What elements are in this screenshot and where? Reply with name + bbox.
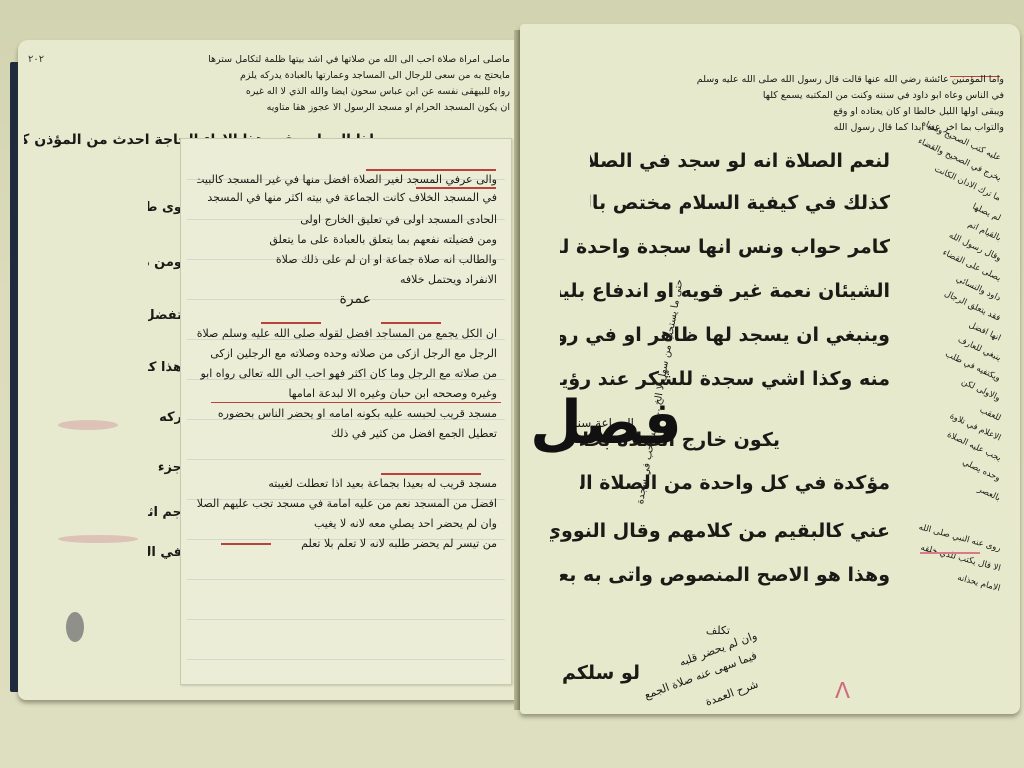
main-line-9: عني كالبقيم من كلامهم وقال النووي في الر…: [550, 520, 890, 542]
rubric-overline: [381, 322, 441, 324]
edge-word: جزء: [148, 460, 182, 475]
slip-line-12: مسجد قريب لحبسه عليه بكونه امامه او يحضر…: [197, 407, 497, 420]
left-top-line-4: ان يكون المسجد الحرام او مسجد الرسول الا…: [40, 102, 510, 113]
left-top-line-1: ماصلى امراة صلاة احب الى الله من صلاتها …: [40, 54, 510, 65]
edge-word: تفضل: [148, 308, 182, 323]
rubric-overline: [416, 187, 496, 189]
right-top-line-1: واما المؤمنين عائشة رضي الله عنها قالت ق…: [554, 74, 1004, 85]
main-line-8: مؤكدة في كل واحدة من الصلاة الخمس فلو تر…: [580, 472, 890, 494]
slip-line-16: وان لم يحضر احد يصلي معه لانه لا يغيب: [197, 517, 497, 530]
slip-line-4: ومن فضيلته نفعهم بما يتعلق بالعبادة على …: [197, 233, 497, 246]
slip-line-1: والى عرفي المسجد لغير الصلاة افضل منها ف…: [197, 173, 497, 186]
pink-underline: [920, 552, 980, 554]
rubric-overline: [366, 169, 496, 171]
edge-word: ركه: [148, 410, 182, 425]
margin-note: للعقب: [978, 405, 1002, 423]
right-top-line-2: في الناس وعاه ابو داود في سننه وكنت من ا…: [554, 90, 1004, 101]
right-top-line-3: ويبقى اولها الليل خالطا او كان يعتاده او…: [554, 106, 1004, 117]
pink-stain: [58, 420, 118, 430]
main-line-3: كامر حواب ونس انها سجدة واحدة للشكر عند …: [560, 236, 890, 258]
main-line-1: لنعم الصلاة انه لو سجد في الصلاة يلزم ان…: [590, 150, 890, 172]
edge-word: هذا كالو: [148, 360, 182, 375]
slip-line-6: الانفراد ويحتمل خلافه: [197, 273, 497, 286]
main-line-4: الشيئان نعمة غير قويه او اندفاع بلية من …: [560, 280, 890, 302]
edge-word: في التشهد: [148, 545, 182, 560]
pink-stain: [58, 535, 138, 543]
main-line-6: منه وكذا اشي سجدة للشكر عند رؤية مبتلى ب…: [560, 368, 890, 390]
slip-line-2: في المسجد الخلاف كانت الجماعة في بيته اك…: [197, 191, 497, 204]
main-line-10: وهذا هو الاصح المنصوص واتى به بعض المناق…: [560, 564, 890, 586]
edge-word: جم اثا: [148, 505, 182, 520]
rubric-overline: [261, 322, 321, 324]
inserted-paper-slip: والى عرفي المسجد لغير الصلاة افضل منها ف…: [180, 138, 512, 685]
slip-line-9: الرجل مع الرجل ازكى من صلاته وحده وصلاته…: [197, 347, 497, 360]
margin-note: الامام يحذانه: [956, 573, 1001, 594]
bottom-note: تكلف: [670, 624, 730, 637]
bottom-note-bold: لو سلكم: [540, 662, 640, 684]
slip-line-11: وغيره وصححه ابن حبان وغيره الا لبدعة اما…: [197, 387, 497, 400]
edge-word: وى طفة: [148, 200, 182, 215]
pink-mark: ᐱ: [835, 679, 850, 704]
slip-line-13: تعطيل الجمع افضل من كثير في ذلك: [197, 427, 497, 440]
margin-note: بالعصر: [976, 484, 1002, 503]
chapter-heading-fasl: فصل: [530, 388, 682, 458]
bottom-note: شرح العمدة: [690, 677, 760, 713]
rubric-overline: [381, 473, 481, 475]
rubric-overline: [211, 402, 501, 403]
right-page: واما المؤمنين عائشة رضي الله عنها قالت ق…: [520, 24, 1020, 714]
edge-word: ومن ذكر: [148, 255, 182, 270]
slip-line-15: افضل من المسجد نعم من عليه امامة في مسجد…: [197, 497, 497, 510]
main-line-2: كذلك في كيفية السلام مختص بالسجدة التي ي…: [590, 192, 890, 214]
slip-line-3: الحادى المسجد اولى في تعليق الخارج اولى: [197, 213, 497, 226]
ink-blot: [66, 612, 84, 642]
main-line-5: وينبغي ان يسجد لها ظاهر او في رواية من ا…: [560, 324, 890, 346]
left-top-line-2: مايحتج به من سعى للرجال الى المساجد وعما…: [40, 70, 510, 81]
rubric-flourish: [221, 543, 271, 545]
left-top-line-3: رواه للبيهقى نفسه عن ابن عباس سحون ايضا …: [40, 86, 510, 97]
slip-word-umra: عمرة: [311, 291, 371, 307]
slip-line-14: مسجد قريب له بعيدا بجماعة بعيد اذا تعطلت…: [197, 477, 497, 490]
slip-line-5: والطالب انه صلاة جماعة او ان لم على ذلك …: [197, 253, 497, 266]
margin-note: لم يصلها: [971, 202, 1002, 224]
slip-line-10: من صلاته مع الرجل وما كان اكثر فهو احب ا…: [197, 367, 497, 380]
slip-line-8: ان الكل يجمع من المساجد افضل لقوله صلى ا…: [197, 327, 497, 340]
